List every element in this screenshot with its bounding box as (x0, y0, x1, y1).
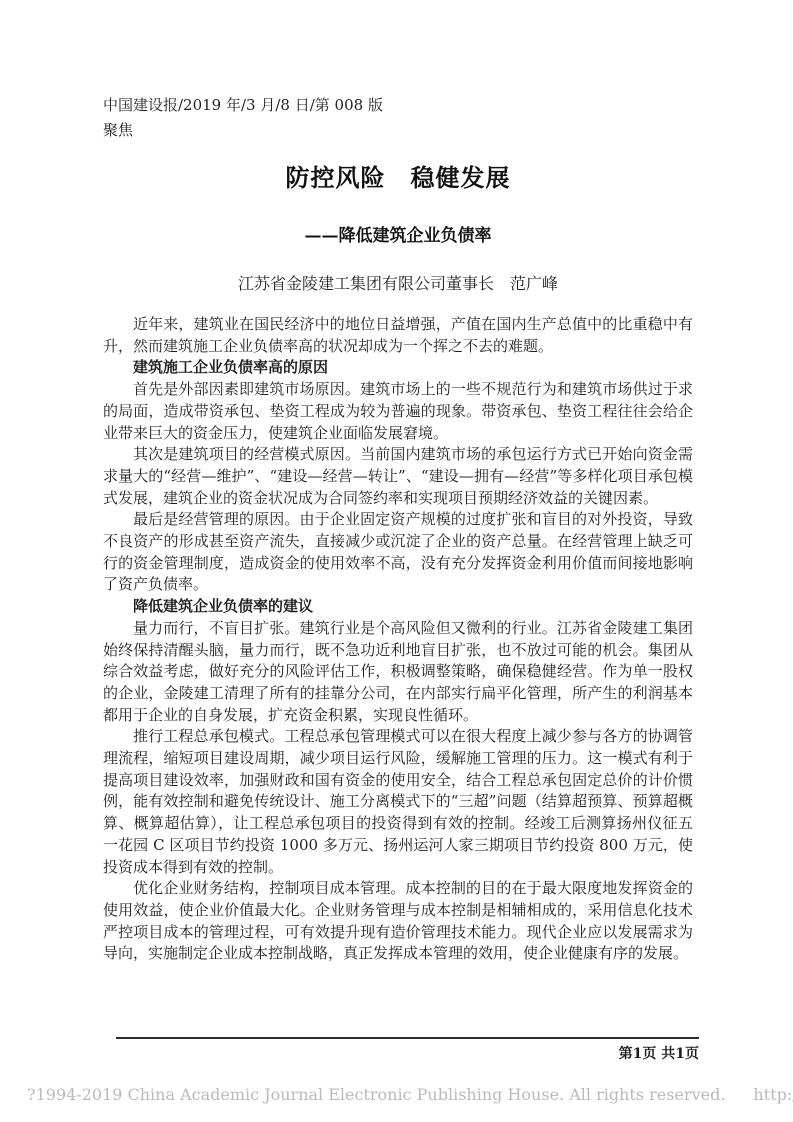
article-content: 中国建设报/2019 年/3 月/8 日/第 008 版 聚焦 防控风险 稳健发… (103, 93, 693, 965)
cnki-url: http://www.cnki.net (753, 1085, 793, 1104)
article-title: 防控风险 稳健发展 (103, 158, 693, 193)
page-indicator: 第1页 共1页 (116, 1043, 699, 1063)
body-paragraph: 其次是建筑项目的经营模式原因。当前国内建筑市场的承包运行方式已开始向资金需求量大… (103, 444, 693, 509)
body-paragraph: 首先是外部因素即建筑市场原因。建筑市场上的一些不规范行为和建筑市场供过于求的局面… (103, 379, 693, 444)
document-page: 中国建设报/2019 年/3 月/8 日/第 008 版 聚焦 防控风险 稳健发… (0, 0, 793, 1122)
copyright-bar: ?1994-2019 China Academic Journal Electr… (27, 1085, 767, 1104)
section-heading: 建筑施工企业负债率高的原因 (103, 357, 693, 379)
footer-divider (116, 1037, 699, 1039)
copyright-text: ?1994-2019 China Academic Journal Electr… (27, 1085, 725, 1104)
article-subtitle: ——降低建筑企业负债率 (103, 221, 693, 246)
body-paragraph: 量力而行，不盲目扩张。建筑行业是个高风险但又微利的行业。江苏省金陵建工集团始终保… (103, 618, 693, 727)
column-name: 聚焦 (103, 118, 693, 143)
body-paragraph: 推行工程总承包模式。工程总承包管理模式可以在很大程度上减少参与各方的协调管理流程… (103, 726, 693, 878)
body-paragraph: 最后是经营管理的原因。由于企业固定资产规模的过度扩张和盲目的对外投资，导致不良资… (103, 509, 693, 596)
article-byline: 江苏省金陵建工集团有限公司董事长 范广峰 (103, 271, 693, 294)
article-body: 近年来，建筑业在国民经济中的地位日益增强，产值在国内生产总值中的比重稳中有升，然… (103, 314, 693, 965)
body-paragraph: 优化企业财务结构，控制项目成本管理。成本控制的目的在于最大限度地发挥资金的使用效… (103, 878, 693, 965)
section-heading: 降低建筑企业负债率的建议 (103, 596, 693, 618)
body-paragraph: 近年来，建筑业在国民经济中的地位日益增强，产值在国内生产总值中的比重稳中有升，然… (103, 314, 693, 357)
publication-source: 中国建设报/2019 年/3 月/8 日/第 008 版 (103, 93, 693, 118)
